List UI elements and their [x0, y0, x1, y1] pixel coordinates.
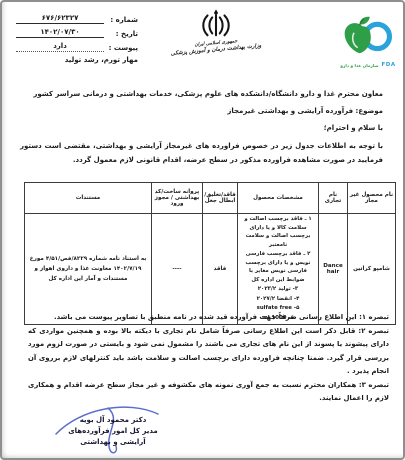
salutation-line: با سلام و احترام؛ [20, 124, 383, 132]
letter-date-row: تاریخ : ۱۴۰۲/۰۷/۳۰ [16, 28, 138, 38]
letter-attachment-value: دارد [16, 42, 104, 52]
cell-status: فاقد [203, 214, 238, 325]
letter-number-value: ۶۷۶/۶۲۳۲۷ [16, 14, 104, 24]
note-2: تبصره ۲: قابل ذکر است این اطلاع رسانی صر… [28, 325, 389, 379]
cell-documentation: به استناد نامه شماره ۸۲۲۹/فص/۴/۵۱ مورخ ۱… [25, 214, 152, 325]
unauthorized-products-table: نام محصول غیر مجاز نام تجاری مشخصات محصو… [24, 182, 396, 325]
fda-apple-logo-icon [340, 43, 396, 62]
spec-item: ۲ ـ فاقد برچسب فارسی نویس و یا دارای برچ… [239, 250, 317, 284]
cell-product-specs: ۱ ـ فاقد برچسب اصالت و سلامت کالا و یا د… [238, 214, 319, 325]
note-3: تبصره ۳: همکاران محترم نسبت به جمع آوری … [28, 379, 389, 406]
header-trade-name: نام تجاری [319, 183, 348, 214]
header-license: پروانه ساخت/کد بهداشتی / مجوز ورود [152, 183, 203, 214]
letter-number-row: شماره : ۶۷۶/۶۲۳۲۷ [16, 14, 138, 24]
cell-trade-name: Dance hair [319, 214, 348, 325]
letter-attachment-row: پیوست : دارد [16, 42, 138, 52]
year-slogan: مهار تورم، رشد تولید [16, 56, 138, 64]
cell-product-name: شامپو کراتین [348, 214, 396, 325]
signatory-name: دکتر محمود آل بویه [54, 415, 172, 426]
spec-item: ۴- انقضا ۲۰۲۷/۲ [239, 295, 317, 304]
signature-block: دکتر محمود آل بویه مدیر کل امور فرآورده‌… [54, 415, 172, 448]
table-header-row: نام محصول غیر مجاز نام تجاری مشخصات محصو… [25, 183, 396, 214]
letter-date-value: ۱۴۰۲/۰۷/۳۰ [16, 28, 104, 38]
recipient-line: معاون محترم غذا و دارو دانشگاه/دانشکده ه… [20, 90, 383, 98]
fda-abbr-text: FDA [382, 62, 396, 68]
ministry-emblem-block: جمهوری اسلامی ایران وزارت بهداشت درمان و… [168, 8, 264, 53]
header-status: فاقد/تعلیق/ابطال جعل [203, 183, 238, 214]
spec-item: ۳- تولید ۲۰۲۳/۲ [239, 285, 317, 294]
header-product-specs: مشخصات محصول [238, 183, 319, 214]
body-paragraph: با توجه به اطلاعات جدول زیر در خصوص فراو… [20, 139, 383, 167]
cell-license: ---- [152, 214, 203, 325]
official-letter-page: شماره : ۶۷۶/۶۲۳۲۷ تاریخ : ۱۴۰۲/۰۷/۳۰ پیو… [0, 0, 405, 460]
fda-logo-block: FDA سازمان غذا و دارو [336, 14, 400, 68]
header-documentation: مستندات [25, 183, 152, 214]
iran-coat-of-arms-icon [168, 8, 264, 40]
note-1: تبصره ۱: این اطلاع رسانی صرفاً جهت فرآور… [28, 311, 389, 325]
letter-attachment-label: پیوست : [104, 44, 138, 52]
signatory-title-line2: آرایشی و بهداشتی [54, 437, 172, 448]
spec-item: ۱ ـ فاقد برچسب اصالت و سلامت کالا و یا د… [239, 215, 317, 249]
header-product-name: نام محصول غیر مجاز [348, 183, 396, 214]
subject-line: موضوع: فرآورده آرایشی و بهداشتی غیرمجاز [20, 107, 383, 115]
letter-number-label: شماره : [104, 16, 138, 24]
notes-section: تبصره ۱: این اطلاع رسانی صرفاً جهت فرآور… [28, 311, 389, 406]
letter-reference-block: شماره : ۶۷۶/۶۲۳۲۷ تاریخ : ۱۴۰۲/۰۷/۳۰ پیو… [16, 14, 138, 64]
fda-org-name-text: سازمان غذا و دارو [340, 63, 378, 68]
table-row: شامپو کراتین Dance hair ۱ ـ فاقد برچسب ا… [25, 214, 396, 325]
signatory-title-line1: مدیر کل امور فرآورده‌های [54, 426, 172, 437]
letter-date-label: تاریخ : [104, 30, 138, 38]
fda-logo-caption: FDA سازمان غذا و دارو [336, 62, 400, 68]
